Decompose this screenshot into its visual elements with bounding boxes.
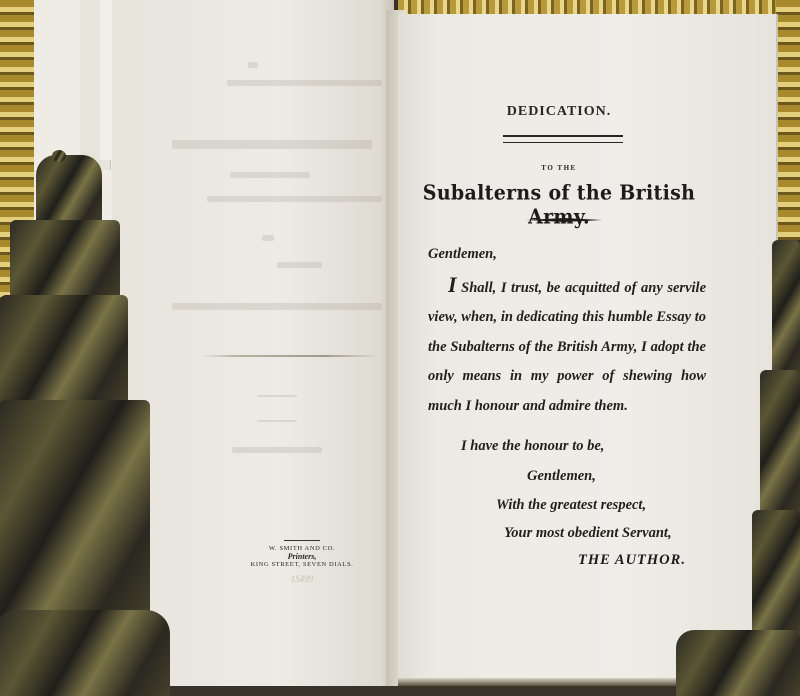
ship-bookend-left [0,150,170,696]
imprint-printers-label: Printers, [232,552,372,561]
page-crease [200,355,380,357]
dedication-paragraph: I Shall, I trust, be acquitted of any se… [428,270,706,422]
imprint-rule [284,540,320,541]
dedication-heading: DEDICATION. [398,104,720,120]
paragraph-text: Shall, I trust, be acquitted of any serv… [428,280,706,414]
pencil-note: 15499 [232,574,372,584]
gilt-page-edge-right [776,0,800,240]
to-the-label: TO THE [398,164,720,172]
swell-rule-divider [526,218,602,222]
book-base [140,686,700,696]
author-signature: THE AUTHOR. [578,552,686,569]
gilt-page-edge-top [398,0,800,15]
imprint-address: KING STREET, SEVEN DIALS. [232,561,372,568]
closing-line-2: Gentlemen, [527,468,596,485]
ship-bookend-right [676,240,800,696]
closing-line-1: I have the honour to be, [461,438,604,455]
drop-cap: I [448,272,457,297]
printer-imprint: W. SMITH AND CO. Printers, KING STREET, … [232,540,372,584]
salutation: Gentlemen, [428,240,706,270]
photo-scene: W. SMITH AND CO. Printers, KING STREET, … [0,0,800,696]
imprint-printer-name: W. SMITH AND CO. [232,545,372,552]
dedication-body: Gentlemen, I Shall, I trust, be acquitte… [428,240,706,421]
closing-line-3: With the greatest respect, [496,497,646,514]
closing-line-4: Your most obedient Servant, [504,525,672,542]
double-rule-divider [503,135,623,143]
